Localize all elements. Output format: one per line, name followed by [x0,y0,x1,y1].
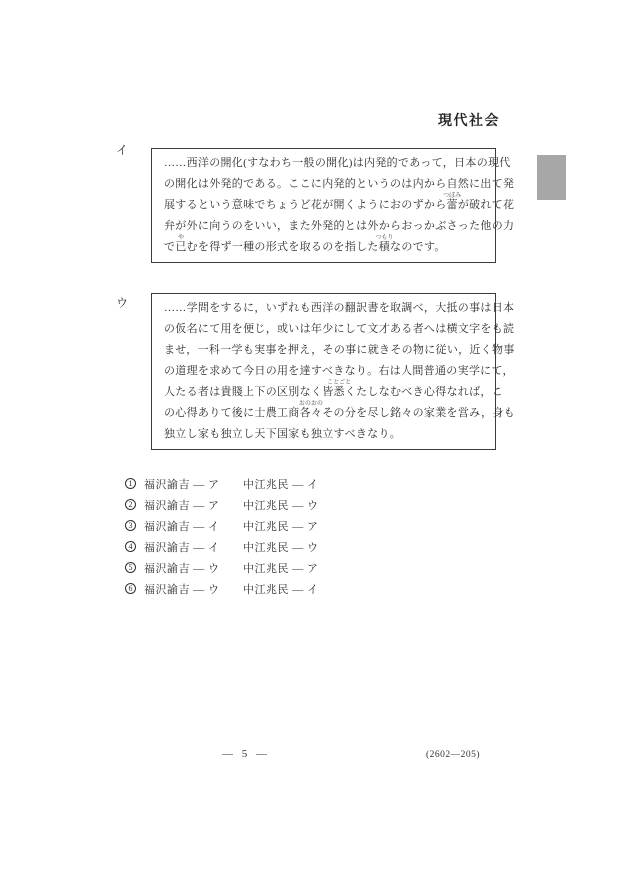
option-number: 4 [125,541,136,552]
option-number: 2 [125,499,136,510]
passage-box-u: ……学問をするに，いずれも西洋の翻訳書を取調べ，大抵の事は日本の仮名にて用を便じ… [151,293,496,450]
option-number: 1 [125,478,136,489]
option-pair-fukuzawa: 福沢諭吉 ― ア [144,476,243,492]
option-pair-fukuzawa: 福沢諭吉 ― ウ [144,560,243,576]
option-row-3: 3 福沢諭吉 ― イ 中江兆民 ― ア [125,515,319,536]
option-row-6: 6 福沢諭吉 ― ウ 中江兆民 ― イ [125,578,319,599]
passage-label-u: ウ [116,294,136,311]
option-pair-fukuzawa: 福沢諭吉 ― イ [144,518,243,534]
option-pair-nakae: 中江兆民 ― イ [243,581,319,597]
passage-box-i: ……西洋の開化(すなわち一般の開化)は内発的であって，日本の現代の開化は外発的で… [151,148,496,263]
option-pair-nakae: 中江兆民 ― ウ [243,497,319,513]
exam-page: 現代社会 イ ……西洋の開化(すなわち一般の開化)は内発的であって，日本の現代の… [0,0,620,877]
section-highlight-box [537,155,566,200]
option-row-5: 5 福沢諭吉 ― ウ 中江兆民 ― ア [125,557,319,578]
doc-code: (2602—205) [426,750,480,760]
passage-label-i: イ [116,141,136,158]
option-pair-fukuzawa: 福沢諭吉 ― ア [144,497,243,513]
options-list: 1 福沢諭吉 ― ア 中江兆民 ― イ 2 福沢諭吉 ― ア 中江兆民 ― ウ … [125,473,319,599]
option-pair-nakae: 中江兆民 ― イ [243,476,319,492]
option-row-4: 4 福沢諭吉 ― イ 中江兆民 ― ウ [125,536,319,557]
option-pair-nakae: 中江兆民 ― ア [243,560,319,576]
option-number: 5 [125,562,136,573]
option-number: 6 [125,583,136,594]
page-title: 現代社会 [438,110,500,130]
option-pair-nakae: 中江兆民 ― ア [243,518,319,534]
option-pair-nakae: 中江兆民 ― ウ [243,539,319,555]
option-row-2: 2 福沢諭吉 ― ア 中江兆民 ― ウ [125,494,319,515]
page-number: — 5 — [222,748,270,760]
option-pair-fukuzawa: 福沢諭吉 ― イ [144,539,243,555]
option-pair-fukuzawa: 福沢諭吉 ― ウ [144,581,243,597]
option-row-1: 1 福沢諭吉 ― ア 中江兆民 ― イ [125,473,319,494]
option-number: 3 [125,520,136,531]
